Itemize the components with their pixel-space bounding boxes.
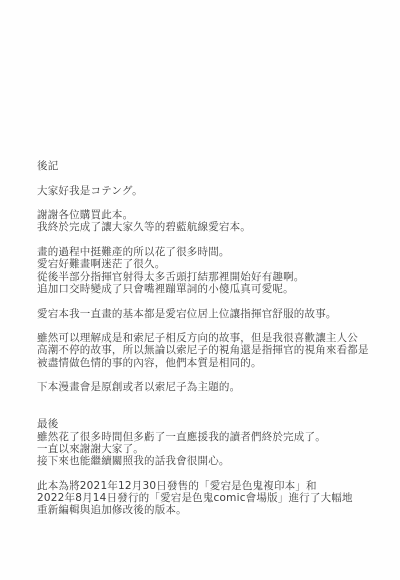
blank-line	[37, 234, 382, 246]
blank-line	[37, 369, 382, 381]
blank-line	[37, 394, 382, 406]
blank-line	[37, 406, 382, 418]
blank-line	[37, 295, 382, 307]
blank-line	[37, 467, 382, 479]
blank-line	[37, 172, 382, 184]
text-line: 愛宕好難畫啊迷茫了很久。	[37, 258, 382, 270]
text-line: 從後半部分指揮官射得太多舌頭打結那裡開始好有趣啊。	[37, 271, 382, 283]
text-line: 我終於完成了讓大家久等的碧藍航線愛宕本。	[37, 221, 382, 233]
text-line: 2022年8月14日發行的「愛宕是色鬼comic會場版」進行了大幅地	[37, 492, 382, 504]
text-line: 後記	[37, 160, 382, 172]
text-line: 雖然花了很多時間但多虧了一直應援我的讀者們終於完成了。	[37, 431, 382, 443]
text-line: 雖然可以理解成是和索尼子相反方向的故事，但是我很喜歡讓主人公	[37, 332, 382, 344]
text-line: 大家好我是コテング。	[37, 185, 382, 197]
afterword-page: 後記 大家好我是コテング。 謝謝各位購買此本。我終於完成了讓大家久等的碧藍航線愛…	[0, 0, 400, 580]
blank-line	[37, 320, 382, 332]
text-line: 此本為將2021年12月30日發售的「愛宕是色鬼複印本」和	[37, 480, 382, 492]
text-line: 謝謝各位購買此本。	[37, 209, 382, 221]
text-line: 重新編輯與追加修改後的版本。	[37, 504, 382, 516]
text-line: 一直以來謝謝大家了。	[37, 443, 382, 455]
text-line: 愛宕本我一直畫的基本都是愛宕位居上位讓指揮官舒服的故事。	[37, 308, 382, 320]
text-line: 畫的過程中挺難產的所以花了很多時間。	[37, 246, 382, 258]
text-line: 接下來也能繼續關照我的話我會很開心。	[37, 455, 382, 467]
text-line: 下本漫畫會是原創或者以索尼子為主題的。	[37, 381, 382, 393]
text-line: 被盡情做色情的事的內容，他們本質是相同的。	[37, 357, 382, 369]
afterword-text-block: 後記 大家好我是コテング。 謝謝各位購買此本。我終於完成了讓大家久等的碧藍航線愛…	[37, 160, 382, 517]
text-line: 高潮不停的故事，所以無論以索尼子的視角還是指揮官的視角來看都是	[37, 344, 382, 356]
blank-line	[37, 197, 382, 209]
text-line: 最後	[37, 418, 382, 430]
text-line: 追加口交時變成了只會嘴裡蹦單詞的小傻瓜真可愛呢。	[37, 283, 382, 295]
